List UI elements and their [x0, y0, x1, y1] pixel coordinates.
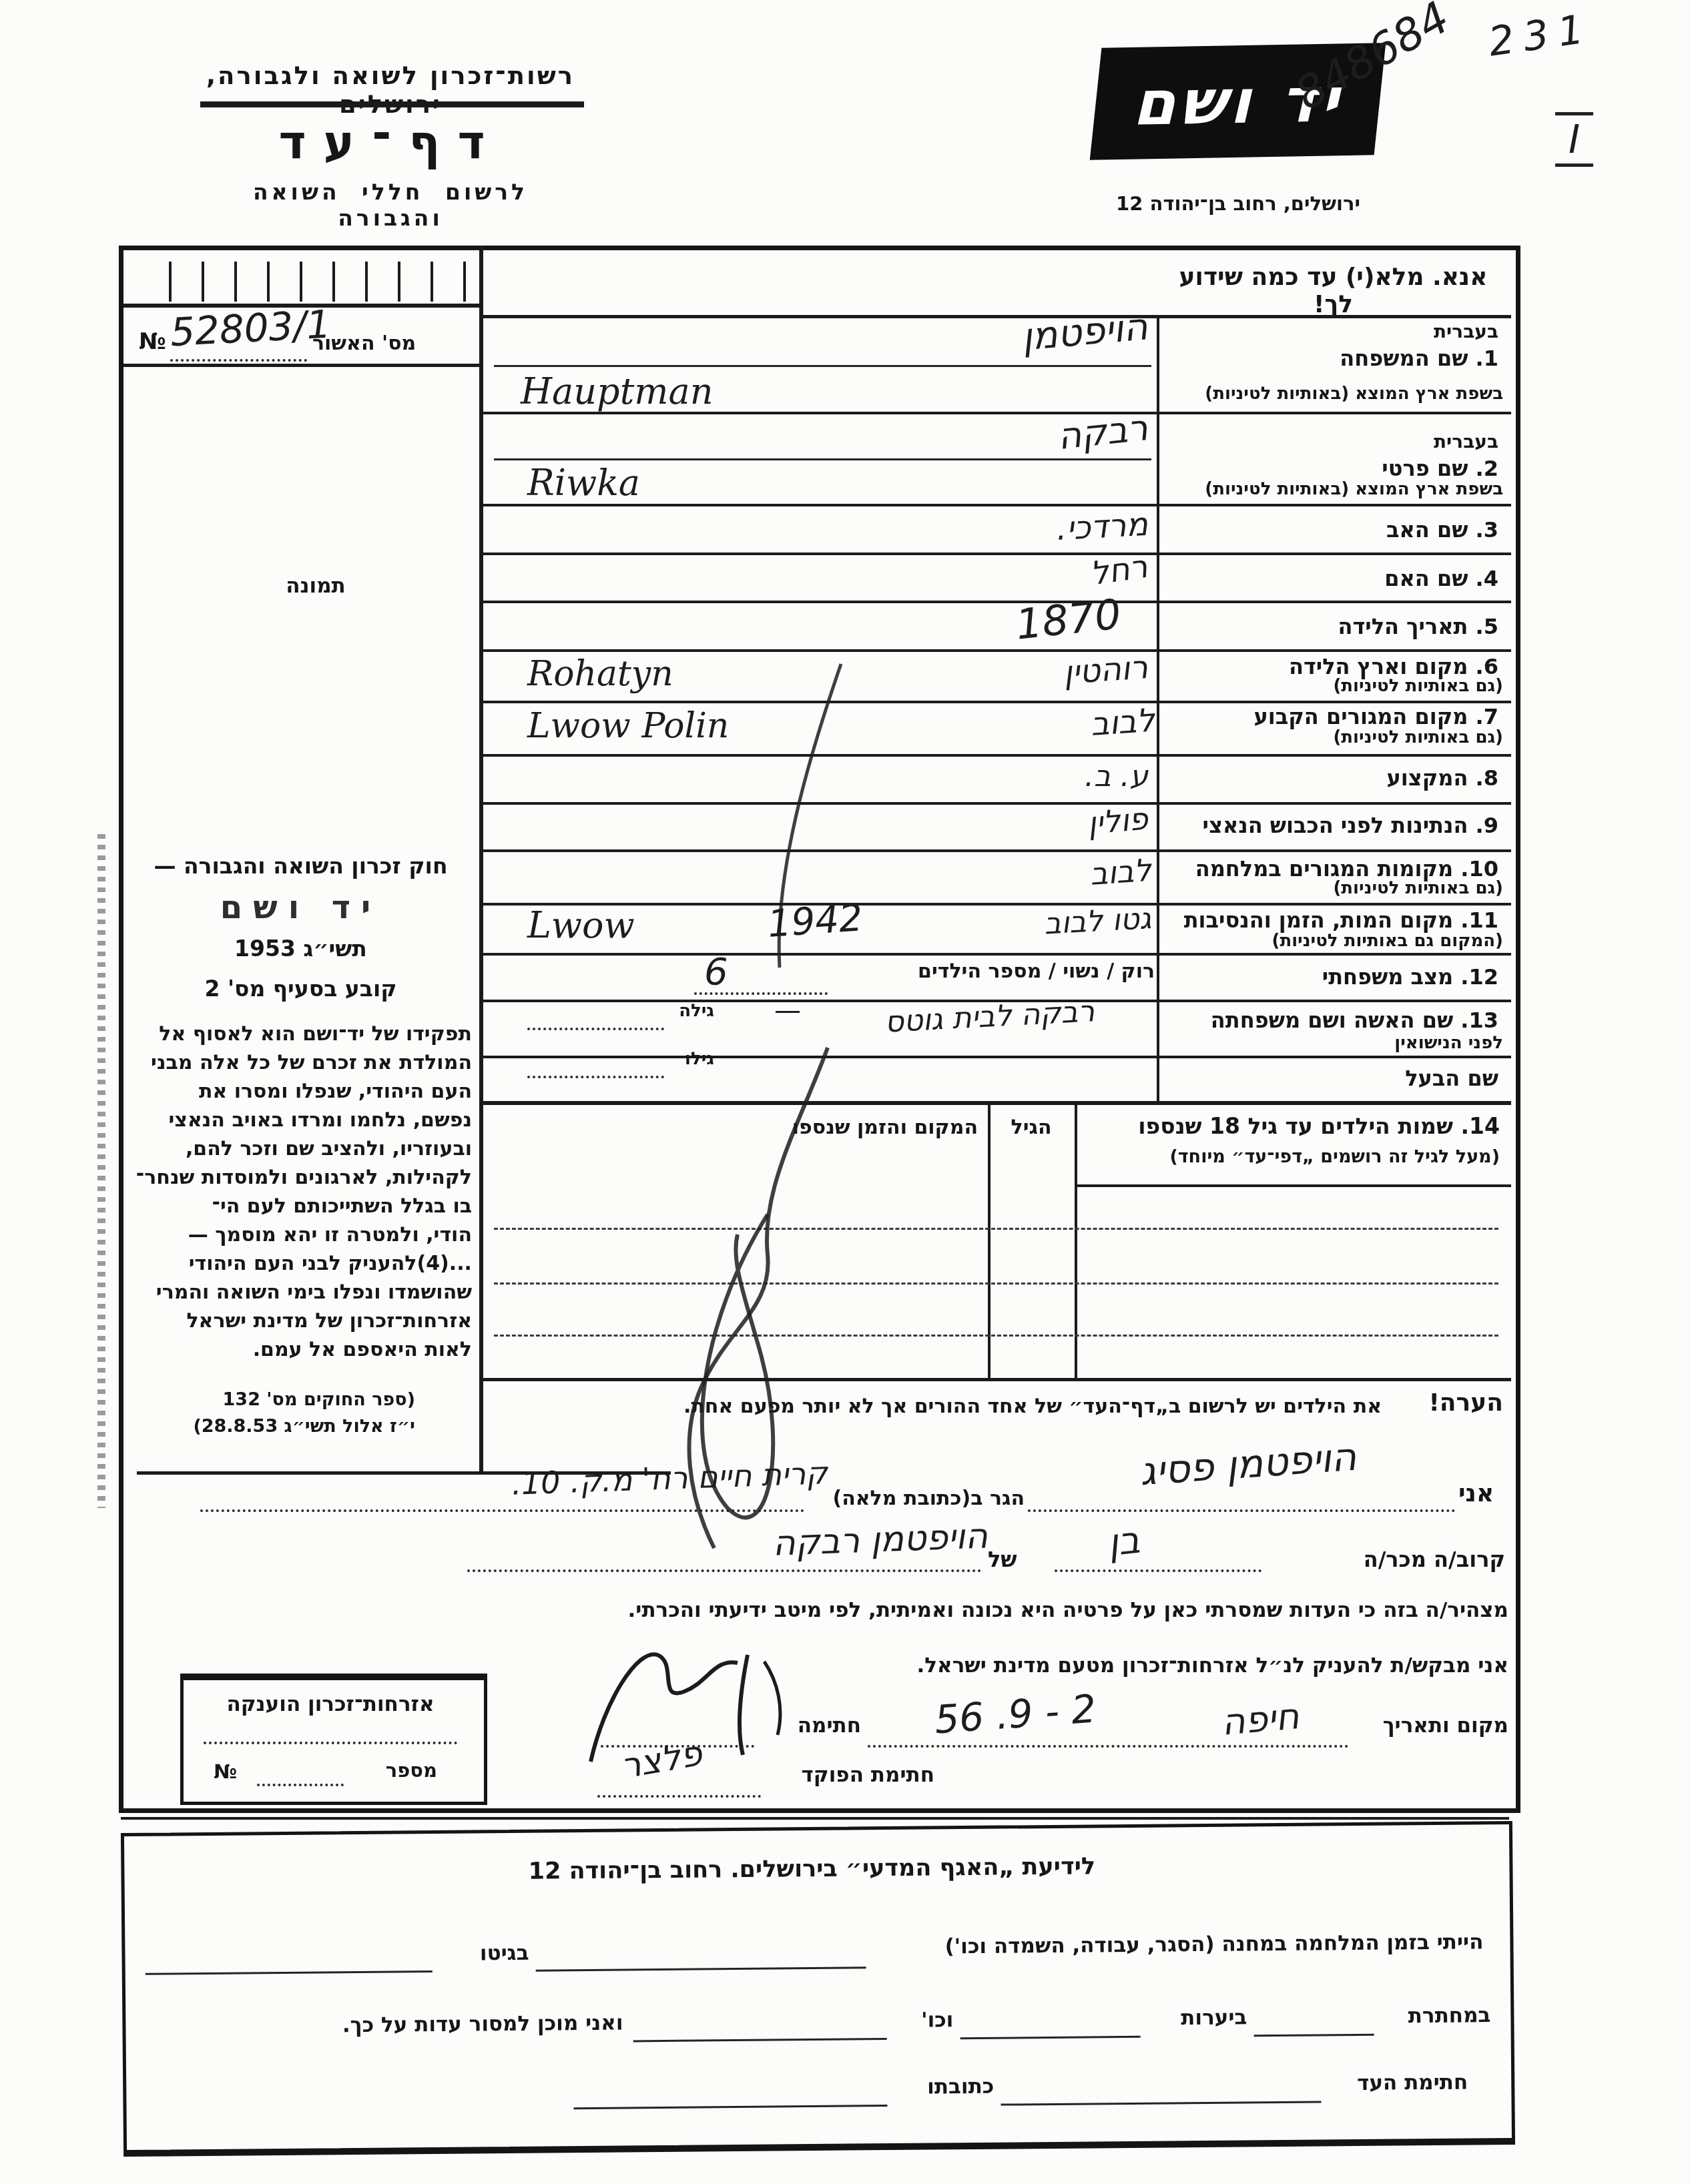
blank-line — [536, 1966, 866, 1971]
citizenship-box-title: אזרחות־זכרון הוענקה — [194, 1692, 467, 1716]
ruler-tick — [332, 262, 335, 302]
ruler-tick — [267, 262, 270, 302]
ruler-tick — [300, 262, 302, 302]
dotted-line — [204, 1742, 457, 1744]
her-age-label: גילה — [667, 1001, 714, 1021]
column-divider — [479, 246, 483, 1475]
fill-request: אנא. מלא(י) עד כמה שידוע לך! — [1165, 264, 1502, 318]
field-1-label: 1. שם המשפחה — [1165, 346, 1498, 371]
blank-line — [633, 2038, 887, 2042]
children-col-age: הגיל — [989, 1116, 1073, 1139]
ruler-tick — [398, 262, 400, 302]
line — [483, 701, 1511, 703]
line — [483, 802, 1511, 805]
marital-status-options: רוק / נשוי / מספר הילדים — [834, 960, 1155, 983]
citizenship-granted-box: אזרחות־זכרון הוענקה מספר № — [180, 1674, 487, 1805]
line — [483, 553, 1511, 555]
field-9-label: 9. הנתינות לפני הכבוש הנאצי — [1165, 813, 1498, 838]
line — [121, 1817, 1509, 1820]
line — [483, 504, 1511, 506]
dotted-line — [597, 1795, 761, 1798]
blank-line — [960, 2036, 1141, 2039]
handwritten-dash: — — [774, 996, 801, 1026]
handwritten-page-number: 231 — [1486, 5, 1596, 65]
dotted-line — [257, 1784, 344, 1786]
value-death-place-latin: Lwow — [527, 904, 635, 946]
field-2-pre: בעברית — [1165, 430, 1498, 452]
witness-signature-scrawl — [577, 1621, 804, 1775]
bottom-section-title: לידיעת „האגף המדעי״ בירושלים. רחוב בן־יה… — [445, 1852, 1179, 1886]
declaration-i-label: אני — [1458, 1480, 1494, 1507]
blank-line — [1254, 2034, 1374, 2037]
field-12-label: 12. מצב משפחתי — [1165, 964, 1498, 990]
authority-title: רשות־זכרון לשואה ולגבורה, ירושלים — [197, 61, 584, 119]
dotted-line — [527, 1028, 664, 1030]
field-13-sublabel: לפני הנישואין — [1160, 1033, 1503, 1053]
witness-address-label: כתובתו — [894, 2075, 994, 2099]
citizenship-request-statement: אני מבקש/ת להעניק לנ״ל אזרחות־זכרון מטעם… — [794, 1654, 1508, 1678]
relation-value: בן — [1106, 1519, 1142, 1565]
handwritten-roman-numeral: I — [1555, 112, 1593, 167]
law-title: חוק זכרון השואה והגבורה — — [132, 853, 469, 879]
header-underline — [200, 101, 584, 107]
law-source-note: (ספר החוקים מס' 132 י״ז אלול תשי״ג 28.8.… — [128, 1387, 415, 1440]
approval-number-label: מס' האשור — [312, 332, 416, 355]
page-title: דף־עד — [197, 115, 584, 169]
field-1-pre: בעברית — [1165, 320, 1498, 342]
place-date-label: מקום ותאריך — [1358, 1714, 1508, 1738]
field-7-sublabel: (גם באותיות לטיניות) — [1160, 727, 1503, 747]
entry-line — [494, 458, 1151, 460]
law-year: תשי״ג 1953 — [132, 936, 469, 962]
ruler-tick — [202, 262, 204, 302]
field-4-label: 4. שם האם — [1165, 566, 1498, 591]
witness-signature-label: חתימת העד — [1334, 2071, 1468, 2096]
blank-line — [1001, 2101, 1322, 2105]
page-subtitle: לרשום חללי השואה והגבורה — [197, 179, 584, 231]
dotted-line — [868, 1745, 1348, 1748]
dotted-line — [170, 359, 307, 362]
forests-label: ביערות — [1147, 2005, 1247, 2030]
law-yad-vashem: יד ושם — [132, 889, 469, 926]
relation-label: קרוב/ה מכר/ה — [1272, 1547, 1505, 1572]
etc-label: וכו' — [893, 2008, 953, 2033]
ghetto-label: בגיטו — [439, 1941, 529, 1966]
field-5-label: 5. תאריך הלידה — [1165, 614, 1498, 639]
approval-number-sign: № — [139, 328, 166, 355]
photo-placeholder-label: תמונה — [272, 574, 359, 598]
testimony-willing-label: ואני מוכן למסור עדות על כך. — [142, 2011, 623, 2039]
husband-name-label: שם הבעל — [1165, 1066, 1498, 1091]
ruler-tick — [169, 262, 172, 302]
line — [483, 953, 1511, 956]
value-birthplace-latin: Rohatyn — [527, 654, 673, 694]
field-10-sublabel: (גם באותיות לטיניות) — [1160, 878, 1503, 898]
value-surname-latin: Hauptman — [521, 370, 714, 412]
field-1-sublabel: בשפת ארץ המוצא (באותיות לטיניות) — [1160, 384, 1503, 404]
field-11-sublabel: (המקום גם באותיות לטיניות) — [1160, 931, 1503, 951]
law-paragraph: תפקידו של יד־ושם הוא לאסוף אל המולדת את … — [128, 1020, 472, 1364]
children-field-label: 14. שמות הילדים עד גיל 18 שנספו — [1085, 1113, 1500, 1139]
field-11-label: 11. מקום המות, הזמן והנסיבות — [1165, 907, 1498, 933]
value-residence-latin: Lwow Polin — [527, 706, 729, 746]
declaration-statement: מצהיר/ה בזה כי העדות שמסרתי כאן על פרטיה… — [434, 1598, 1508, 1622]
blank-line — [574, 2105, 888, 2109]
dotted-line — [1055, 1569, 1261, 1572]
dotted-line — [1028, 1509, 1455, 1512]
ruler-tick — [431, 262, 433, 302]
pen-stroke-rows — [754, 661, 861, 974]
field-2-sublabel: בשפת ארץ המוצא (באותיות לטיניות) — [1160, 479, 1503, 499]
line — [123, 364, 483, 367]
field-7-label: 7. מקום המגורים הקבוע — [1165, 704, 1498, 729]
label-column-divider — [1157, 315, 1159, 1101]
citizenship-number-sign: № — [214, 1760, 237, 1783]
line — [1075, 1184, 1511, 1187]
scanned-testimony-page: רשות־זכרון לשואה ולגבורה, ירושלים דף־עד … — [0, 0, 1690, 2184]
value-firstname-latin: Riwka — [527, 462, 640, 504]
office-address: ירושלים, רחוב בן־יהודה 12 — [1068, 192, 1408, 215]
of-label: של — [988, 1547, 1017, 1572]
scientific-branch-section: לידיעת „האגף המדעי״ בירושלים. רחוב בן־יה… — [121, 1821, 1515, 2157]
value-profession: ע. ב. — [988, 759, 1148, 793]
entry-line — [494, 365, 1151, 367]
blank-line — [146, 1970, 433, 1975]
citizenship-number-label: מספר — [350, 1759, 437, 1782]
line — [483, 903, 1511, 905]
field-13-label: 13. שם האשה ושם משפחתה — [1165, 1008, 1498, 1033]
ruler-tick — [463, 262, 466, 302]
ruler-tick — [365, 262, 368, 302]
value-children-count: 6 — [704, 950, 728, 994]
camp-question-label: הייתי בזמן המלחמה במחנה (הסגר, עבודה, הש… — [876, 1930, 1483, 1959]
note-label: הערה! — [1388, 1389, 1503, 1417]
scan-edge-artifact — [97, 834, 105, 1508]
pen-scrawl-over-table — [601, 1041, 881, 1561]
underground-label: במחתרת — [1380, 2003, 1490, 2028]
ruler-tick — [234, 262, 237, 302]
approval-number-value: 52803/1 — [169, 302, 332, 356]
children-field-sublabel: (מעל לגיל זה רושמים „דפי־עד״ מיוחד) — [1085, 1146, 1500, 1167]
line — [483, 754, 1511, 757]
field-2-label: 2. שם פרטי — [1165, 456, 1498, 481]
line — [483, 849, 1511, 852]
place-value: חיפה — [1219, 1695, 1300, 1744]
field-6-sublabel: (גם באותיות לטיניות) — [1160, 676, 1503, 696]
law-section: קובע בסעיף מס' 2 — [132, 976, 469, 1002]
field-8-label: 8. המקצוע — [1165, 765, 1498, 791]
field-3-label: 3. שם האב — [1165, 517, 1498, 542]
